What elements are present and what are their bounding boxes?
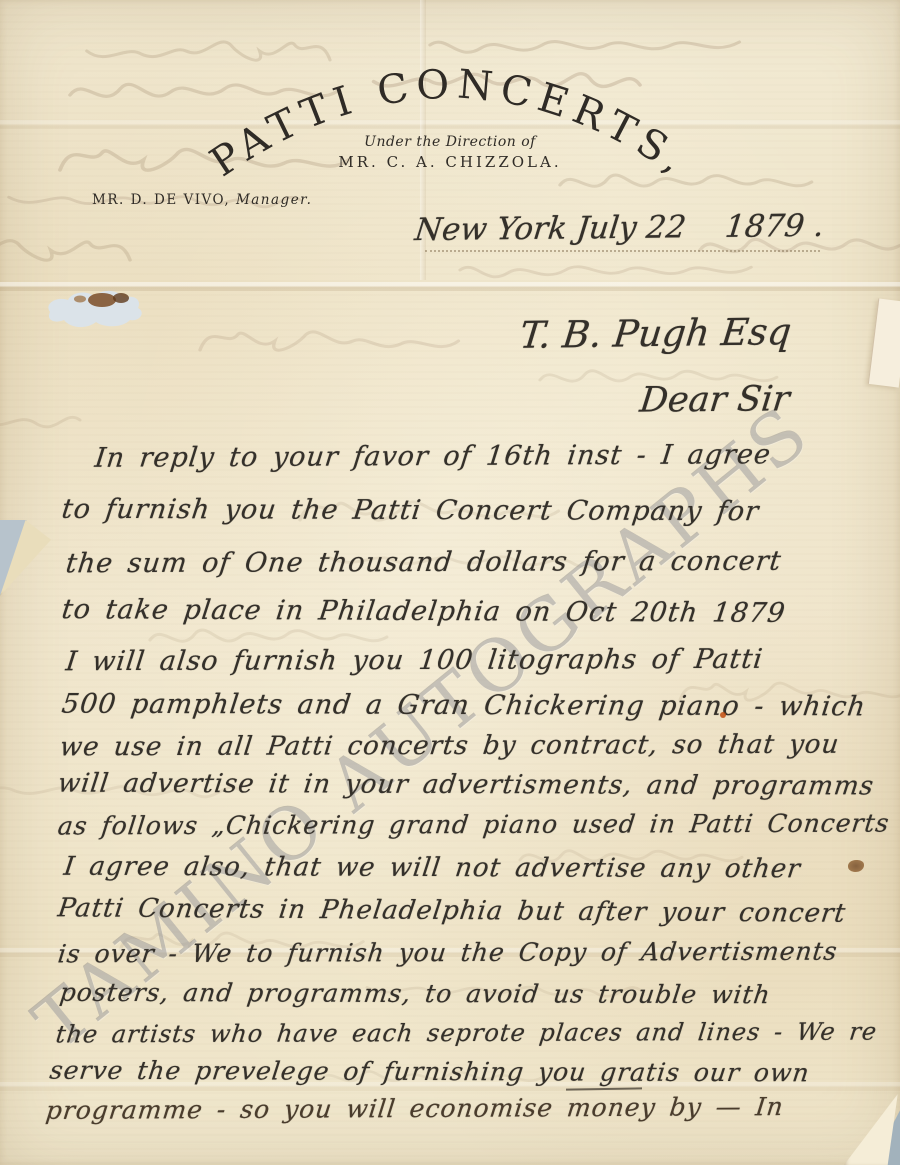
letterhead-director: MR. C. A. CHIZZOLA. bbox=[0, 153, 900, 171]
line-text: In reply to your favor of 16th inst - I … bbox=[93, 439, 773, 474]
handwritten-line: to furnish you the Patti Concert Company… bbox=[62, 494, 759, 527]
gratis-underline bbox=[566, 1087, 642, 1090]
line-text: the sum of One thousand dollars for a co… bbox=[64, 546, 783, 580]
line-text: Patti Concerts in Pheladelphia but after… bbox=[56, 893, 848, 928]
handwritten-line: programme - so you will economise money … bbox=[46, 1092, 784, 1125]
handwritten-line: I agree also, that we will not advertise… bbox=[64, 852, 801, 885]
handwritten-line: the sum of One thousand dollars for a co… bbox=[66, 546, 782, 579]
letterhead-manager: MR. D. DE VIVO, Manager. bbox=[92, 192, 312, 208]
salutation-text: Dear Sir bbox=[638, 379, 792, 420]
handwritten-line: I will also furnish you 100 litographs o… bbox=[66, 644, 763, 677]
edge-tear bbox=[868, 298, 900, 387]
handwritten-line: is over - We to furnish you the Copy of … bbox=[58, 937, 838, 969]
letter-page: TAMINO AUTOGRAPHS PATTI CONCERTS, Under … bbox=[0, 0, 900, 1165]
line-text: serve the prevelege of furnishing you gr… bbox=[48, 1056, 811, 1088]
dateline: New York July 22 1879 . bbox=[415, 208, 824, 248]
manager-title: Manager. bbox=[236, 192, 313, 208]
handwritten-line: serve the prevelege of furnishing you gr… bbox=[50, 1056, 810, 1088]
handwritten-line: posters, and programms, to avoid us trou… bbox=[60, 978, 771, 1009]
scanned-letter-screenshot: { "background_color": "#b4c0c9", "paper_… bbox=[0, 0, 900, 1165]
dateline-text: New York July 22 1879 . bbox=[413, 208, 826, 248]
handwritten-line: we use in all Patti concerts by contract… bbox=[60, 730, 839, 763]
line-text: posters, and programms, to avoid us trou… bbox=[58, 978, 772, 1009]
printed-date-rule bbox=[425, 250, 820, 252]
line-text: to furnish you the Patti Concert Company… bbox=[60, 494, 761, 527]
ink-spot bbox=[720, 712, 726, 718]
line-text: will advertise it in your advertisments,… bbox=[56, 769, 876, 802]
line-text: 500 pamphlets and a Gran Chickering pian… bbox=[60, 689, 868, 723]
handwritten-line: Patti Concerts in Pheladelphia but after… bbox=[58, 893, 846, 929]
handwritten-line: In reply to your favor of 16th inst - I … bbox=[95, 439, 771, 474]
handwritten-line: to take place in Philadelphia on Oct 20t… bbox=[62, 594, 786, 629]
handwritten-line: as follows „Chickering grand piano used … bbox=[58, 809, 890, 841]
stain-spot bbox=[848, 860, 864, 872]
letterhead-direction-line: Under the Direction of bbox=[0, 134, 900, 150]
line-text: we use in all Patti concerts by contract… bbox=[58, 730, 841, 763]
salutation: Dear Sir bbox=[640, 379, 790, 420]
fold-crease bbox=[0, 120, 900, 129]
line-text: programme - so you will economise money … bbox=[44, 1092, 785, 1125]
line-text: to take place in Philadelphia on Oct 20t… bbox=[60, 594, 787, 629]
manager-name: MR. D. DE VIVO, bbox=[92, 192, 230, 208]
line-text: as follows „Chickering grand piano used … bbox=[56, 809, 891, 841]
recipient-name: T. B. Pugh Esq bbox=[520, 310, 792, 357]
paper-damage-spot bbox=[42, 284, 162, 344]
recipient-name-text: T. B. Pugh Esq bbox=[518, 310, 794, 357]
handwritten-line: the artists who have each seprote places… bbox=[56, 1018, 877, 1049]
handwritten-line: will advertise it in your advertisments,… bbox=[58, 769, 874, 802]
line-text: I will also furnish you 100 litographs o… bbox=[64, 644, 765, 677]
line-text: the artists who have each seprote places… bbox=[54, 1018, 878, 1049]
fold-crease bbox=[0, 282, 900, 291]
letterhead-arc: PATTI CONCERTS, bbox=[0, 0, 900, 210]
handwritten-line: 500 pamphlets and a Gran Chickering pian… bbox=[62, 689, 866, 723]
line-text: is over - We to furnish you the Copy of … bbox=[56, 937, 839, 969]
line-text: I agree also, that we will not advertise… bbox=[62, 852, 802, 885]
